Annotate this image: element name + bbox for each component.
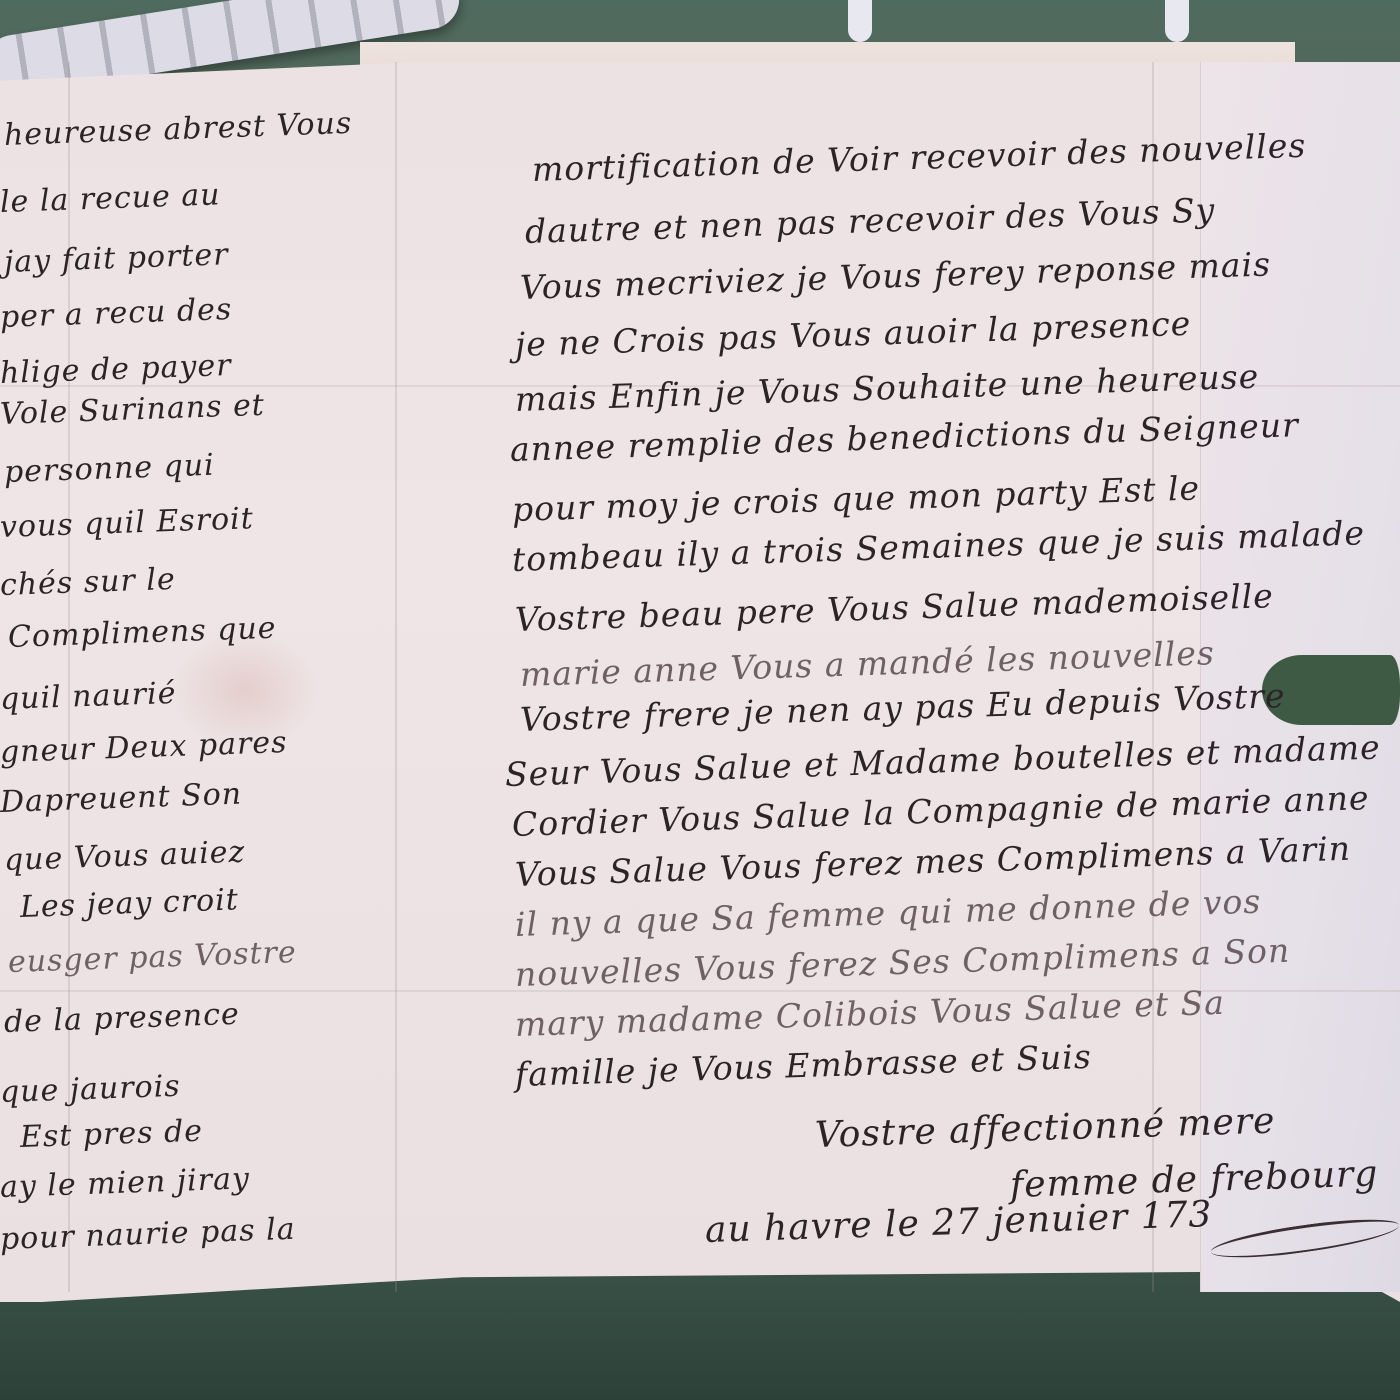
- cord-strand: [848, 0, 872, 42]
- text-line: quil naurié: [0, 676, 177, 717]
- text-line: personne qui: [3, 448, 215, 490]
- text-line: que jaurois: [0, 1069, 181, 1110]
- text-line: Est pres de: [19, 1114, 203, 1155]
- text-line: chés sur le: [0, 562, 176, 603]
- fold-crease: [395, 62, 397, 1292]
- cord-strand: [1165, 0, 1189, 42]
